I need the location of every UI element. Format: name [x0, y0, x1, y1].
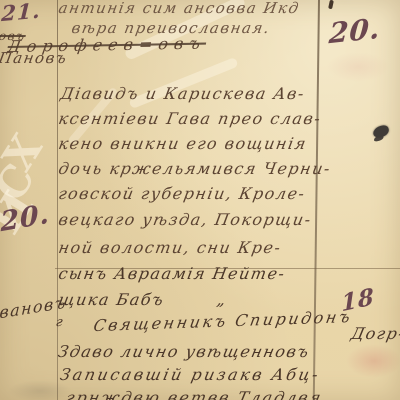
margin-entry-number-21: 21.	[1, 0, 42, 24]
margin-entry-number-20: 20.	[0, 200, 50, 236]
right-entry-number-20: 20.	[328, 15, 381, 49]
body-line: говской губерніи, Кроле-	[57, 186, 307, 202]
footer-line: Здаво лично увѣщенновъ	[57, 344, 312, 360]
right-overflow-word: Догр-	[350, 326, 400, 342]
body-line: дочь кржельямився Черни-	[57, 161, 332, 177]
right-number-18: 18	[341, 285, 375, 315]
body-line: ной волости, сни Кре-	[57, 240, 283, 256]
margin-letter-g: г	[55, 316, 65, 329]
crossed-out-name: Дорофеев=овъ	[6, 36, 207, 56]
header-line: антинія сим ансовва Икд	[57, 1, 300, 16]
body-line: кено вникни его вощинія	[57, 136, 308, 152]
body-line: сынъ Авраамія Нейте-	[57, 266, 287, 282]
pink-stain	[326, 52, 390, 82]
manuscript-page: И С Х 21. овъ Пановъ 20. вановъ г антині…	[0, 0, 400, 400]
pink-stain	[346, 344, 400, 378]
body-line: вецкаго уѣзда, Покорщи-	[57, 212, 313, 228]
ink-blot-icon	[372, 124, 390, 139]
body-line: щика Бабъ „	[57, 292, 228, 308]
footer-line-clipped: грнждвю ветвв Тладлвя	[65, 390, 324, 400]
body-line: Діавидъ и Карискева Ав-	[59, 86, 306, 102]
column-rule-right	[313, 0, 320, 400]
body-line: ксентіеви Гава прео слав-	[57, 111, 323, 127]
footer-line: Записавшій ризакв Абц-	[59, 367, 322, 383]
ink-mark-icon	[328, 0, 334, 9]
